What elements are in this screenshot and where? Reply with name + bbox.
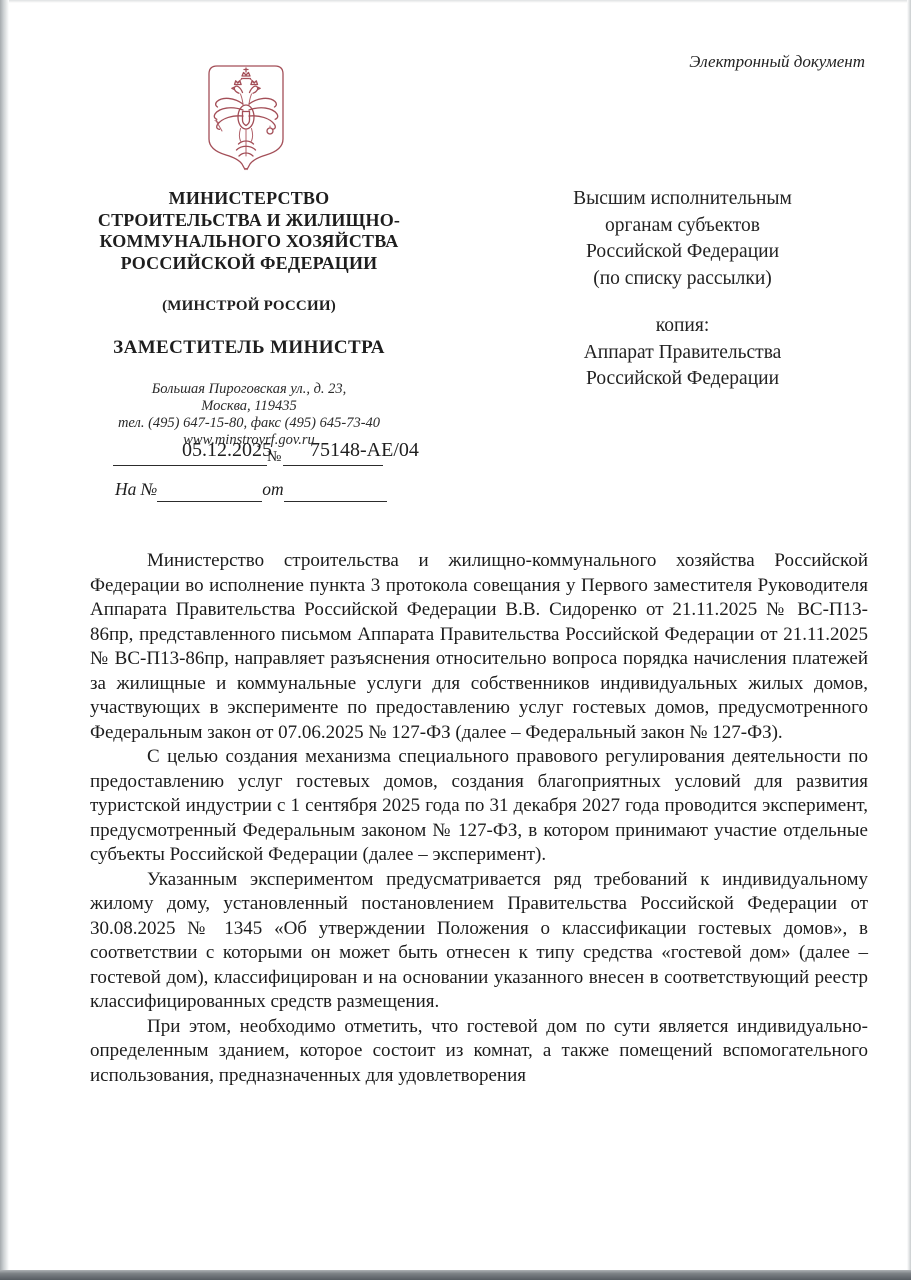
scan-edge-right bbox=[907, 0, 911, 1280]
reply-number-underline bbox=[157, 483, 262, 502]
letterhead-sender-block: МИНИСТЕРСТВО СТРОИТЕЛЬСТВА И ЖИЛИЩНО- КО… bbox=[54, 185, 444, 525]
scan-edge-left bbox=[0, 0, 9, 1280]
coat-of-arms-icon bbox=[206, 63, 286, 176]
reference-line: 05.12.2025 № 75148-АЕ/04 bbox=[54, 438, 444, 466]
address-line: Москва, 119435 bbox=[54, 398, 444, 415]
copy-line: Российской Федерации bbox=[530, 366, 835, 393]
reply-reference-line: На №от bbox=[54, 481, 444, 503]
electronic-document-note: Электронный документ bbox=[689, 52, 865, 72]
recipient-line: Российской Федерации bbox=[530, 239, 835, 266]
address-line: тел. (495) 647-15-80, факс (495) 645-73-… bbox=[54, 415, 444, 432]
doc-date: 05.12.2025 bbox=[182, 439, 272, 462]
ministry-name-line: СТРОИТЕЛЬСТВА И ЖИЛИЩНО- bbox=[54, 210, 444, 232]
address-line: Большая Пироговская ул., д. 23, bbox=[54, 381, 444, 398]
doc-number: 75148-АЕ/04 bbox=[310, 439, 419, 462]
reply-date-underline bbox=[284, 483, 387, 502]
ministry-short-name: (МИНСТРОЙ РОССИИ) bbox=[54, 298, 444, 315]
number-sign: № bbox=[267, 449, 281, 466]
reply-prefix: На № bbox=[115, 479, 157, 499]
ministry-name: МИНИСТЕРСТВО СТРОИТЕЛЬСТВА И ЖИЛИЩНО- КО… bbox=[54, 185, 444, 274]
recipient-line: Высшим исполнительным bbox=[530, 186, 835, 213]
body-paragraph: Указанным экспериментом предусматриваетс… bbox=[90, 868, 868, 1015]
ministry-name-line: РОССИЙСКОЙ ФЕДЕРАЦИИ bbox=[54, 253, 444, 275]
copy-label: копия: bbox=[530, 313, 835, 340]
copy-block: копия: Аппарат Правительства Российской … bbox=[530, 313, 835, 393]
body-paragraph: Министерство строительства и жилищно-ком… bbox=[90, 549, 868, 745]
recipient-line: органам субъектов bbox=[530, 213, 835, 240]
reply-from-label: от bbox=[262, 479, 283, 499]
ministry-name-line: КОММУНАЛЬНОГО ХОЗЯЙСТВА bbox=[54, 231, 444, 253]
copy-line: Аппарат Правительства bbox=[530, 340, 835, 367]
recipient-line: (по списку рассылки) bbox=[530, 266, 835, 293]
scan-edge-top bbox=[0, 0, 911, 3]
signer-title: ЗАМЕСТИТЕЛЬ МИНИСТРА bbox=[54, 337, 444, 359]
ministry-name-line: МИНИСТЕРСТВО bbox=[54, 188, 444, 210]
scan-edge-bottom bbox=[0, 1270, 911, 1280]
body-paragraph: С целью создания механизма специального … bbox=[90, 745, 868, 868]
document-page: Электронный документ bbox=[0, 0, 911, 1280]
letter-body: Министерство строительства и жилищно-ком… bbox=[90, 549, 868, 1088]
body-paragraph: При этом, необходимо отметить, что госте… bbox=[90, 1015, 868, 1089]
recipient-block: Высшим исполнительным органам субъектов … bbox=[530, 186, 835, 393]
